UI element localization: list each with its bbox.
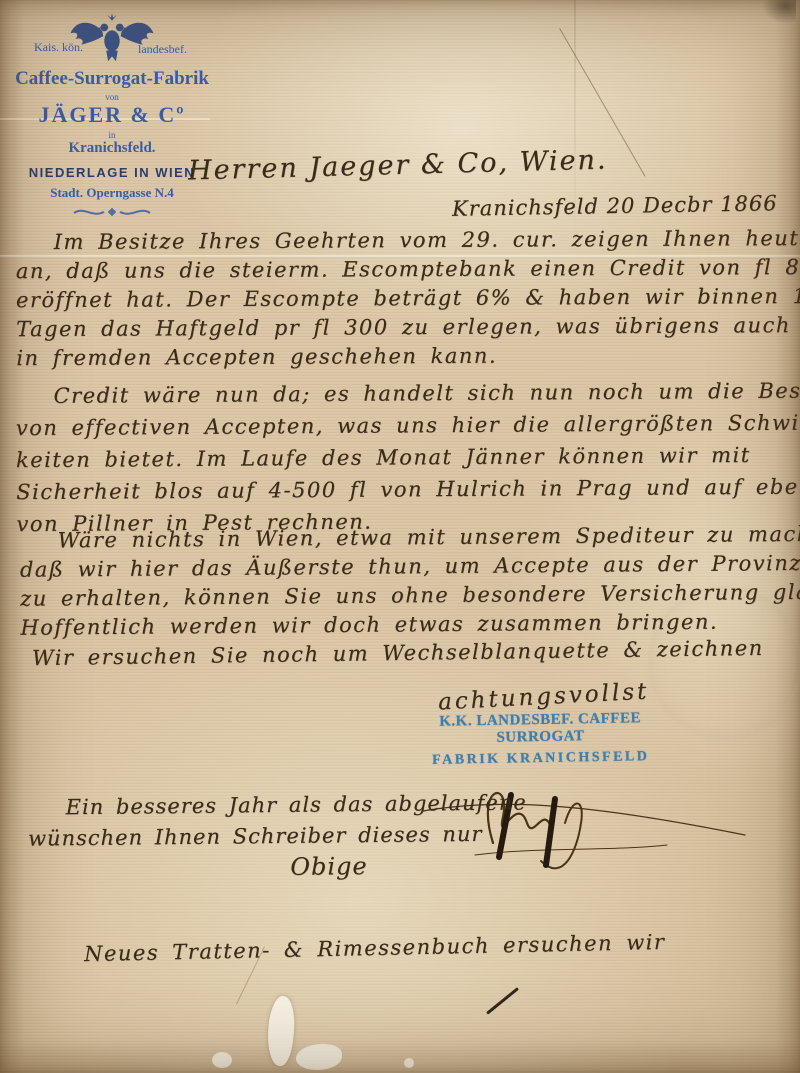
handwritten-dateline: Kranichsfeld 20 Decbr 1866	[452, 191, 778, 221]
handwritten-line: an, daß uns die steierm. Escomptebank ei…	[16, 253, 800, 286]
paper-damage-spot	[264, 995, 297, 1067]
handwritten-paragraph-3: Wäre nichts in Wien, etwa mit unserem Sp…	[20, 519, 800, 642]
letterhead-factory-name: Caffee-Surrogat-Fabrik	[12, 68, 212, 90]
handwritten-line: in fremden Accepten geschehen kann.	[16, 340, 800, 373]
handwritten-line: Obige	[28, 849, 527, 885]
handwritten-line: Credit wäre nun da; es handelt sich nun …	[15, 374, 800, 412]
flourish-ornament-icon	[70, 205, 154, 219]
letter-scan: Kais. kön. landesbef. Caffee-Surrogat-Fa…	[0, 0, 800, 1073]
stray-ink-stroke	[486, 987, 519, 1015]
paper-damage-spot	[212, 1052, 232, 1068]
double-eagle-icon	[66, 12, 158, 66]
handwritten-paragraph-1: Im Besitze Ihres Geehrten vom 29. cur. z…	[16, 224, 800, 373]
corner-ink-smudge	[762, 0, 796, 24]
letterhead-branch-line: NIEDERLAGE IN WIEN	[12, 165, 212, 180]
handwritten-postscript: Ein besseres Jahr als das abgelaufene wü…	[28, 787, 528, 885]
paper-damage-spot	[296, 1044, 342, 1070]
company-ink-stamp: K.K. LANDESBEF. CAFFEE SURROGAT FABRIK K…	[398, 710, 684, 770]
paper-damage-spot	[404, 1058, 414, 1068]
letterhead-in: in	[12, 131, 212, 139]
letterhead: Kais. kön. landesbef. Caffee-Surrogat-Fa…	[12, 12, 212, 219]
handwritten-paragraph-2: Credit wäre nun da; es handelt sich nun …	[15, 374, 800, 540]
letterhead-address: Stadt. Operngasse N.4	[12, 185, 212, 201]
handwritten-line: Im Besitze Ihres Geehrten vom 29. cur. z…	[16, 224, 800, 257]
handwritten-recipient-line: Herren Jaeger & Co, Wien.	[188, 145, 608, 187]
handwritten-line: Tagen das Haftgeld pr fl 300 zu erlegen,…	[16, 311, 800, 344]
letterhead-company-name: JÄGER & Cº	[12, 102, 212, 128]
handwritten-bottom-note: Neues Tratten- & Rimessenbuch ersuchen w…	[84, 930, 666, 966]
handwritten-line: keiten bietet. Im Laufe des Monat Jänner…	[16, 438, 800, 476]
letterhead-city: Kranichsfeld.	[12, 140, 212, 157]
stamp-line-1: K.K. LANDESBEF. CAFFEE SURROGAT	[398, 710, 684, 749]
letterhead-kais-text: Kais. kön.	[34, 40, 83, 55]
letterhead-von: von	[12, 93, 212, 101]
handwritten-line: wünschen Ihnen Schreiber dieses nur	[28, 818, 527, 854]
handwritten-line: eröffnet hat. Der Escompte beträgt 6% & …	[16, 282, 800, 315]
letterhead-landesbef-text: landesbef.	[138, 42, 187, 57]
handwritten-line: von effectiven Accepten, was uns hier di…	[16, 406, 800, 444]
handwritten-line: Sicherheit blos auf 4-500 fl von Hulrich…	[16, 470, 800, 508]
